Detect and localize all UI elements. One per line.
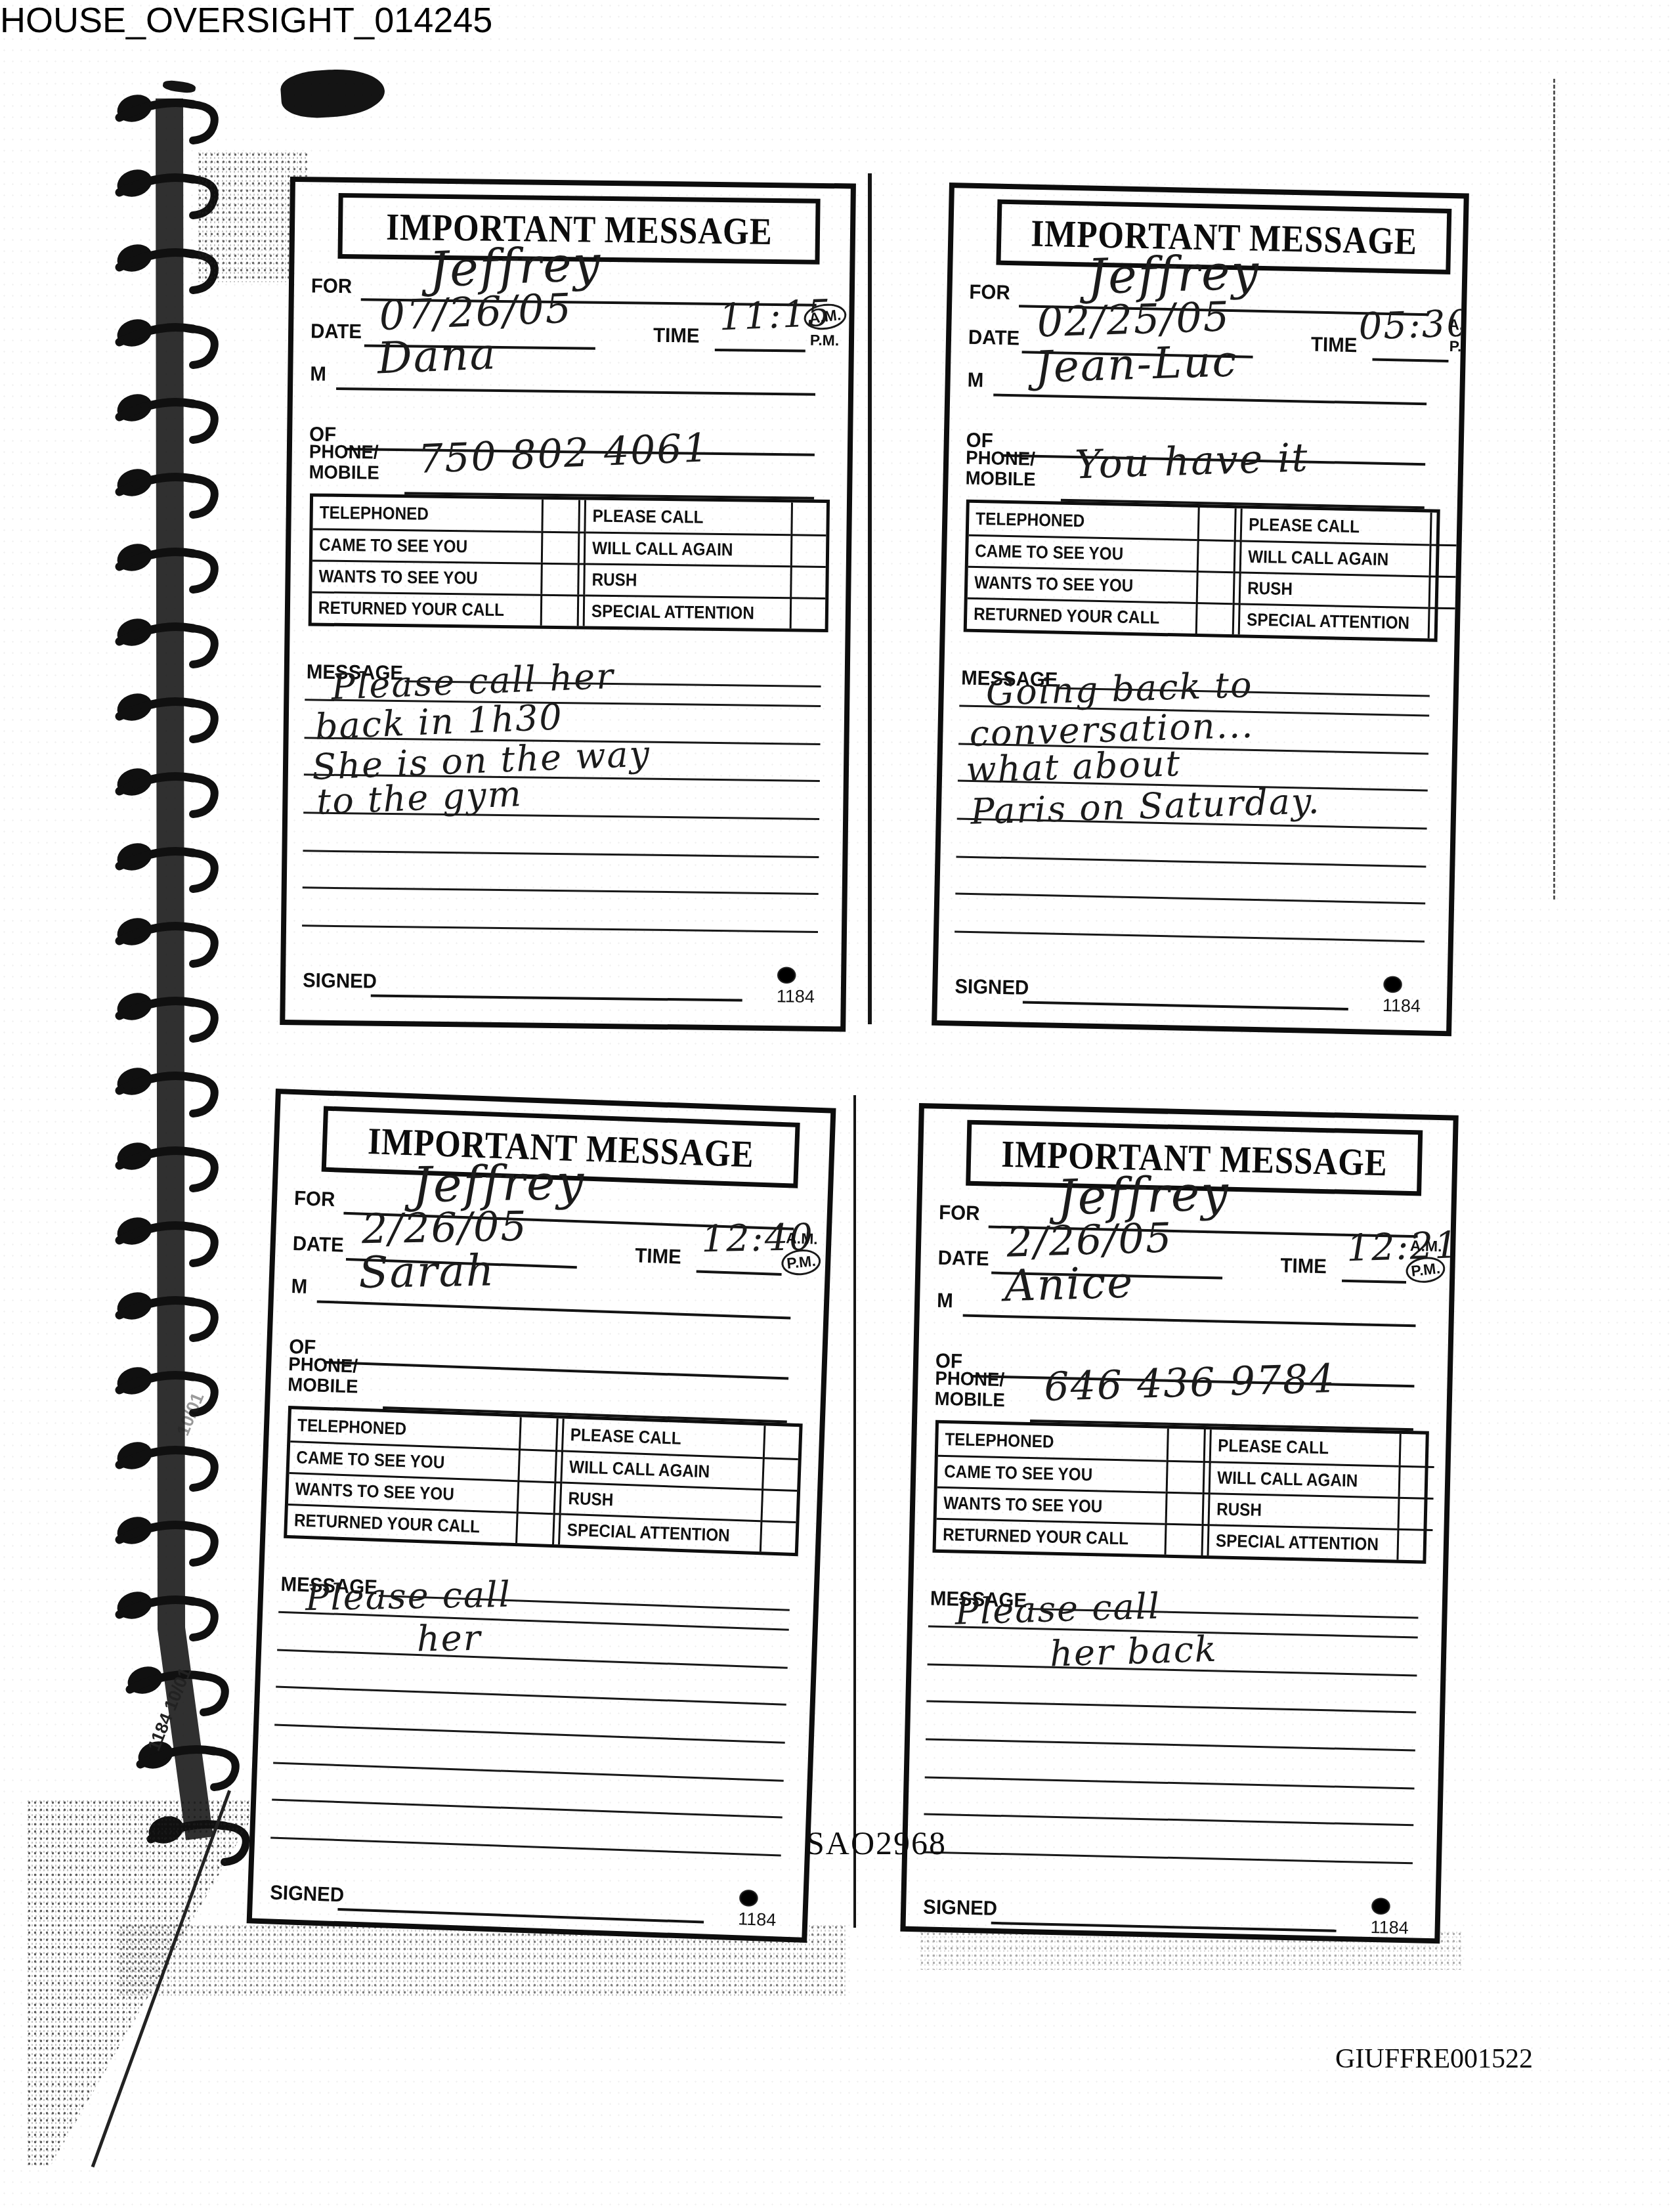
checkbox-label: TELEPHONED	[938, 1423, 1167, 1460]
caller-label: M	[937, 1289, 953, 1313]
scanned-page: 1184 10/01 10/01 IMPORTANT MESSAGE FOR J…	[0, 0, 1674, 2212]
grid-divider	[1232, 603, 1241, 634]
for-label: FOR	[969, 280, 1010, 305]
ruled-line	[274, 1724, 785, 1744]
grid-divider	[577, 594, 586, 626]
message-line-handwritten: her	[416, 1617, 482, 1660]
checkbox	[1164, 1523, 1201, 1555]
checkbox	[790, 534, 826, 566]
am-label: A.M.	[802, 301, 848, 332]
ruled-line	[955, 892, 1425, 904]
ruled-line	[272, 1798, 783, 1818]
phone-value-handwritten: You have it	[1074, 435, 1309, 488]
phone-value-handwritten: 646 436 9784	[1043, 1356, 1336, 1410]
brand-logo-icon	[774, 964, 799, 986]
checkbox-grid: TELEPHONED PLEASE CALL CAME TO SEE YOU W…	[284, 1406, 803, 1556]
grid-divider	[578, 531, 586, 563]
checkbox-label: SPECIAL ATTENTION	[560, 1513, 760, 1552]
ruled-line	[926, 1700, 1416, 1713]
signed-label: SIGNED	[923, 1895, 998, 1920]
column-divider	[853, 1095, 856, 1928]
grid-divider	[1234, 540, 1242, 571]
grid-divider	[1233, 571, 1241, 603]
ampm-block: A.M. P.M.	[779, 1227, 824, 1276]
caller-line	[993, 393, 1427, 405]
checkbox	[517, 1480, 555, 1513]
document-id: HOUSE_OVERSIGHT_014245	[0, 0, 1674, 41]
ruled-line	[303, 850, 819, 858]
signed-label: SIGNED	[270, 1880, 345, 1907]
time-line	[697, 1270, 782, 1276]
form-side-text: 10/01	[173, 1390, 208, 1439]
date-label: DATE	[311, 319, 362, 343]
am-label: A.M.	[1448, 314, 1469, 336]
checkbox-label: WILL CALL AGAIN	[586, 532, 791, 566]
am-label: A.M.	[1410, 1235, 1442, 1257]
checkbox	[790, 502, 826, 534]
time-label: TIME	[1280, 1254, 1327, 1279]
checkbox-label: SPECIAL ATTENTION	[585, 595, 790, 629]
caller-value-handwritten: Jean-Luc	[1034, 336, 1238, 393]
grid-divider	[577, 563, 586, 594]
message-slip-2: IMPORTANT MESSAGE FOR Jeffrey DATE 02/25…	[932, 183, 1469, 1036]
checkbox-grid: TELEPHONED PLEASE CALL CAME TO SEE YOU W…	[309, 493, 830, 632]
brand-logo-icon	[1368, 1895, 1394, 1918]
column-divider	[868, 173, 872, 1024]
message-slip-3: IMPORTANT MESSAGE FOR Jeffrey DATE 2/26/…	[247, 1089, 836, 1943]
signed-line	[1023, 1001, 1348, 1010]
date-value-handwritten: 2/26/05	[361, 1202, 528, 1253]
checkbox	[762, 1457, 798, 1490]
for-label: FOR	[311, 274, 353, 298]
checkbox-label: TELEPHONED	[969, 503, 1198, 539]
time-line	[715, 349, 805, 353]
checkbox	[1398, 1434, 1434, 1466]
message-line-handwritten: her back	[1049, 1628, 1218, 1675]
time-label: TIME	[635, 1244, 682, 1269]
checkbox	[515, 1511, 553, 1544]
checkbox-label: PLEASE CALL	[1211, 1429, 1400, 1465]
time-label: TIME	[653, 324, 700, 348]
ruled-line	[303, 886, 819, 895]
date-label: DATE	[968, 326, 1020, 351]
caller-label: M	[291, 1274, 308, 1299]
checkbox	[1396, 1529, 1432, 1561]
checkbox	[1429, 512, 1465, 544]
date-label: DATE	[937, 1246, 989, 1271]
grid-divider	[1203, 1429, 1212, 1461]
checkbox	[1195, 602, 1233, 634]
caller-line	[963, 1314, 1416, 1328]
signed-label: SIGNED	[303, 968, 377, 993]
checkbox-label: TELEPHONED	[312, 496, 542, 531]
checkbox-label: WANTS TO SEE YOU	[968, 566, 1197, 602]
for-label: FOR	[939, 1201, 980, 1225]
checkbox-label: PLEASE CALL	[586, 500, 791, 534]
checkbox-label: WILL CALL AGAIN	[1211, 1461, 1399, 1496]
checkbox	[1398, 1465, 1434, 1498]
phone-value-handwritten: 750 802 4061	[418, 425, 710, 483]
brand-logo-icon	[736, 1886, 762, 1909]
grid-divider	[1201, 1524, 1209, 1555]
pm-label: P.M.	[810, 330, 840, 352]
checkbox	[761, 1488, 798, 1521]
checkbox-label: RUSH	[585, 563, 790, 597]
checkbox	[1428, 544, 1465, 576]
checkbox-label: SPECIAL ATTENTION	[1240, 603, 1428, 638]
ruled-line	[925, 1776, 1415, 1789]
checkbox-label: RUSH	[1241, 571, 1428, 607]
time-line	[1342, 1280, 1406, 1284]
form-number: 1184	[777, 986, 815, 1007]
caller-label: M	[967, 368, 983, 393]
checkbox-label: WILL CALL AGAIN	[1241, 540, 1429, 575]
checkbox	[790, 565, 826, 597]
checkbox-label: WANTS TO SEE YOU	[312, 559, 541, 594]
checkbox	[1427, 607, 1463, 639]
phone-label: PHONE/ MOBILE	[309, 442, 379, 483]
form-number: 1184	[1383, 995, 1421, 1016]
checkbox	[1196, 571, 1234, 603]
time-line	[1372, 358, 1448, 362]
checkbox	[760, 1520, 796, 1553]
checkbox	[1197, 508, 1235, 540]
scan-smudge	[162, 79, 196, 95]
phone-label: PHONE/ MOBILE	[288, 1355, 359, 1398]
checkbox	[1397, 1497, 1433, 1529]
checkbox	[541, 500, 578, 532]
ruled-line	[926, 1738, 1415, 1751]
message-slip-4: IMPORTANT MESSAGE FOR Jeffrey DATE 2/26/…	[900, 1103, 1458, 1943]
ampm-block: A.M. P.M.	[803, 304, 847, 352]
checkbox-label: WANTS TO SEE YOU	[937, 1486, 1166, 1523]
checkbox-label: SPECIAL ATTENTION	[1209, 1524, 1397, 1559]
ruled-line	[273, 1762, 784, 1781]
of-line	[324, 1361, 788, 1380]
bates-number: GIUFFRE001522	[1335, 2043, 1533, 2075]
form-number: 1184	[1370, 1917, 1409, 1938]
pm-label: P.M.	[1449, 336, 1469, 358]
message-line-handwritten: Please call	[305, 1574, 512, 1618]
checkbox	[1167, 1429, 1204, 1461]
caller-value-handwritten: Anice	[1004, 1257, 1135, 1311]
checkbox	[1166, 1460, 1203, 1492]
phone-label: PHONE/ MOBILE	[965, 448, 1036, 490]
checkbox	[540, 563, 578, 595]
checkbox-label: RETURNED YOUR CALL	[967, 597, 1196, 634]
form-side-text: 1184 10/01	[144, 1664, 196, 1754]
checkbox	[1197, 539, 1234, 571]
checkbox-label: CAME TO SEE YOU	[312, 528, 542, 562]
message-slip-1: IMPORTANT MESSAGE FOR Jeffrey DATE 07/26…	[280, 177, 856, 1031]
ruled-line	[955, 930, 1425, 942]
pm-label: P.M.	[1404, 1255, 1446, 1285]
checkbox-label: CAME TO SEE YOU	[968, 534, 1197, 571]
am-label: A.M.	[786, 1227, 819, 1250]
ampm-block: A.M. P.M.	[1404, 1235, 1448, 1283]
checkbox-grid: TELEPHONED PLEASE CALL CAME TO SEE YOU W…	[964, 500, 1440, 642]
message-line-handwritten: what about	[966, 743, 1182, 791]
grid-divider	[578, 500, 586, 531]
checkbox-label: CAME TO SEE YOU	[937, 1455, 1167, 1492]
ruled-line	[277, 1649, 788, 1669]
checkbox-label: RETURNED YOUR CALL	[936, 1518, 1165, 1555]
checkbox	[1165, 1492, 1203, 1524]
caller-value-handwritten: Dana	[376, 328, 498, 383]
signed-label: SIGNED	[955, 974, 1029, 999]
checkbox-label: RUSH	[1210, 1492, 1398, 1528]
message-line-handwritten: Please call	[955, 1585, 1161, 1632]
pm-label: P.M.	[780, 1247, 822, 1277]
time-label: TIME	[1311, 333, 1358, 357]
checkbox	[541, 531, 578, 563]
ruled-line	[923, 1851, 1413, 1864]
checkbox-grid: TELEPHONED PLEASE CALL CAME TO SEE YOU W…	[932, 1420, 1428, 1564]
ruled-line	[276, 1686, 786, 1706]
signed-line	[337, 1908, 704, 1923]
ruled-line	[302, 924, 818, 933]
signed-line	[371, 995, 742, 1002]
grid-divider	[1234, 508, 1243, 540]
caller-line	[317, 1300, 791, 1319]
checkbox-label: RETURNED YOUR CALL	[312, 591, 541, 625]
sao-code: SAO2968	[806, 1824, 947, 1862]
checkbox	[790, 597, 826, 629]
checkbox	[1428, 575, 1464, 607]
message-line-handwritten: to the gym	[316, 773, 523, 823]
checkbox	[763, 1425, 800, 1458]
date-label: DATE	[292, 1232, 344, 1257]
brand-logo-icon	[1380, 973, 1406, 996]
caller-label: M	[310, 362, 326, 385]
caller-line	[336, 387, 815, 396]
checkbox	[540, 594, 578, 626]
checkbox-label: PLEASE CALL	[1242, 508, 1430, 544]
phone-label: PHONE/ MOBILE	[934, 1369, 1006, 1411]
page-edge-line	[1553, 79, 1555, 900]
ruled-line	[924, 1813, 1413, 1826]
signed-line	[991, 1922, 1337, 1932]
ruled-line	[956, 856, 1426, 867]
checkbox	[517, 1448, 555, 1481]
scan-smudge	[280, 66, 387, 121]
checkbox	[519, 1417, 557, 1450]
grid-divider	[1202, 1492, 1211, 1524]
ruled-line	[270, 1836, 781, 1856]
caller-value-handwritten: Sarah	[358, 1245, 496, 1298]
grid-divider	[1203, 1461, 1211, 1492]
for-label: FOR	[294, 1186, 335, 1211]
ampm-block: A.M. P.M.	[1442, 314, 1469, 358]
form-number: 1184	[738, 1909, 777, 1930]
